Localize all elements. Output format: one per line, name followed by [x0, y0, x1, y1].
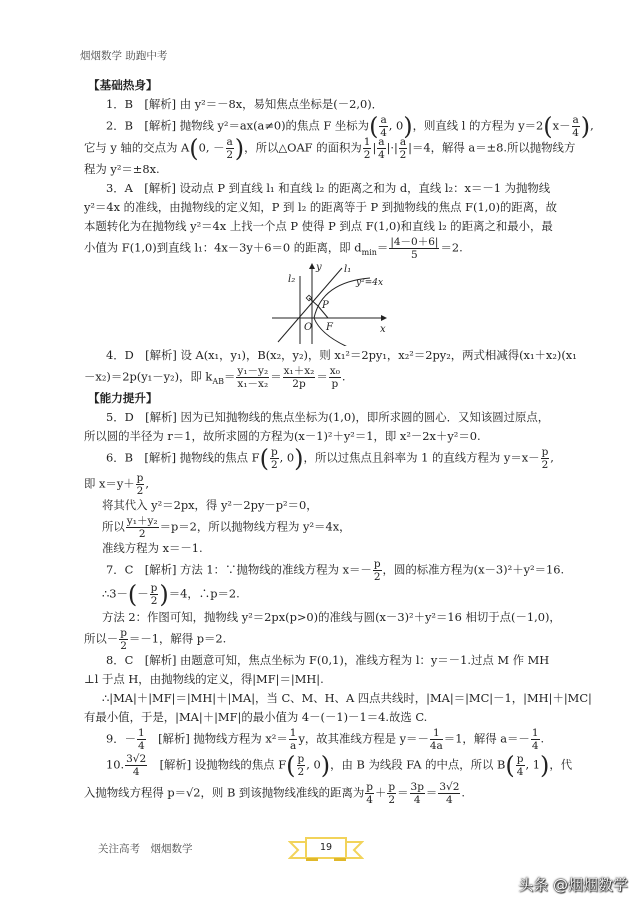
watermark: 头条 @烟烟数学 [518, 874, 628, 895]
label-P: P [322, 296, 329, 315]
answer-4-line2: －x₂)＝2p(y₁－y₂)，即 kAB＝y₁－y₂x₁－x₂＝x₁＋x₂2p＝… [84, 365, 554, 389]
answer-4-line1: 4．D [解析] 设 A(x₁，y₁)，B(x₂，y₂)，则 x₁²＝2py₁，… [84, 346, 554, 365]
answer-7-line3: 方法 2：作图可知，抛物线 y²＝2px(p>0)的准线与圆(x－3)²＋y²＝… [84, 608, 554, 627]
answer-9: 9．－14 [解析] 抛物线方程为 x²＝1ay，故其准线方程是 y＝－14a＝… [84, 727, 554, 753]
label-l2: l₂ [288, 270, 295, 289]
answer-10-line1: 10.3√24 [解析] 设抛物线的焦点 F(p2, 0)，由 B 为线段 FA… [84, 753, 554, 781]
answer-2-line2: 它与 y 轴的交点为 A(0, －a2)，所以△OAF 的面积为12|a4|·|… [84, 136, 554, 160]
label-curve: y²=4x [356, 274, 383, 293]
answer-10-line2: 入抛物线方程得 p＝√2，则 B 到该抛物线准线的距离为p4＋p2＝3p4＝3√… [84, 781, 554, 807]
answer-8-line1: 8．C [解析] 由题意可知，焦点坐标为 F(0,1)，准线方程为 l：y＝－1… [84, 651, 554, 670]
answer-1: 1．B [解析] 由 y²＝－8x，易知焦点坐标是(－2,0)． [84, 95, 554, 114]
answer-6-line3: 将其代入 y²＝2px，得 y²－2py－p²＝0， [84, 496, 554, 515]
answer-content: 【基础热身】 1．B [解析] 由 y²＝－8x，易知焦点坐标是(－2,0)． … [84, 76, 554, 807]
section-title-advanced: 【能力提升】 [84, 389, 554, 408]
label-O: O [304, 318, 312, 337]
answer-3-line2: y²＝4x 的准线，由抛物线的定义知，P 到 l₂ 的距离等于 P 到抛物线的焦… [84, 198, 554, 217]
answer-6-line5: 准线方程为 x＝－1. [84, 539, 554, 558]
answer-8-line2: ⊥l 于点 H，由抛物线的定义，得|MF|＝|MH|. [84, 670, 554, 689]
answer-6-line4: 所以y₁＋y₂2＝p＝2，所以抛物线方程为 y²＝4x， [84, 515, 554, 539]
answer-2-line1: 2．B [解析] 抛物线 y²＝ax(a≠0)的焦点 F 坐标为(a4, 0)，… [84, 114, 554, 136]
answer-3-line4: 小值为 F(1,0)到直线 l₁：4x－3y＋6＝0 的距离，即 dmin＝|4… [84, 236, 554, 260]
answer-7-line4: 所以－p2＝－1，解得 p＝2. [84, 627, 554, 651]
answer-8-line3: ∴|MA|＋|MF|＝|MH|＋|MA|，当 C、M、H、A 四点共线时，|MA… [84, 689, 554, 708]
label-x: x [380, 320, 386, 339]
answer-3-line3: 本题转化为在抛物线 y²＝4x 上找一个点 P 使得 P 到点 F(1,0)和直… [84, 217, 554, 236]
label-l1: l₁ [344, 260, 351, 279]
answer-6-line1: 6．B [解析] 抛物线的焦点 F(p2, 0)，所以过焦点且斜率为 1 的直线… [84, 446, 554, 472]
answer-3-line1: 3．A [解析] 设动点 P 到直线 l₁ 和直线 l₂ 的距离之和为 d，直线… [84, 179, 554, 198]
answer-7-line1: 7．C [解析] 方法 1：∵抛物线的准线方程为 x＝－p2，圆的标准方程为(x… [84, 558, 554, 582]
label-y: y [316, 258, 322, 277]
answer-8-line4: 有最小值，于是，|MA|＋|MF|的最小值为 4－(－1)－1＝4.故选 C. [84, 708, 554, 727]
answer-5-line2: 所以圆的半径为 r＝1，故所求圆的方程为(x－1)²＋y²＝1，即 x²－2x＋… [84, 427, 554, 446]
page-number: 19 [312, 842, 340, 853]
label-F: F [326, 318, 333, 337]
answer-7-line2: ∴3－(－p2)＝4，∴p＝2. [84, 582, 554, 608]
answer-6-line2: 即 x＝y＋p2, [84, 472, 554, 496]
footer-text: 关注高考 烟烟数学 [98, 841, 193, 856]
answer-5-line1: 5．D [解析] 因为已知抛物线的焦点坐标为(1,0)，即所求圆的圆心．又知该圆… [84, 408, 554, 427]
section-title-basic: 【基础热身】 [84, 76, 554, 95]
answer-2-line3: 程为 y²＝±8x. [84, 160, 554, 179]
parabola-diagram: y l₁ l₂ y²=4x P O F x [270, 260, 390, 346]
page-header: 烟烟数学 助跑中考 [80, 48, 167, 63]
